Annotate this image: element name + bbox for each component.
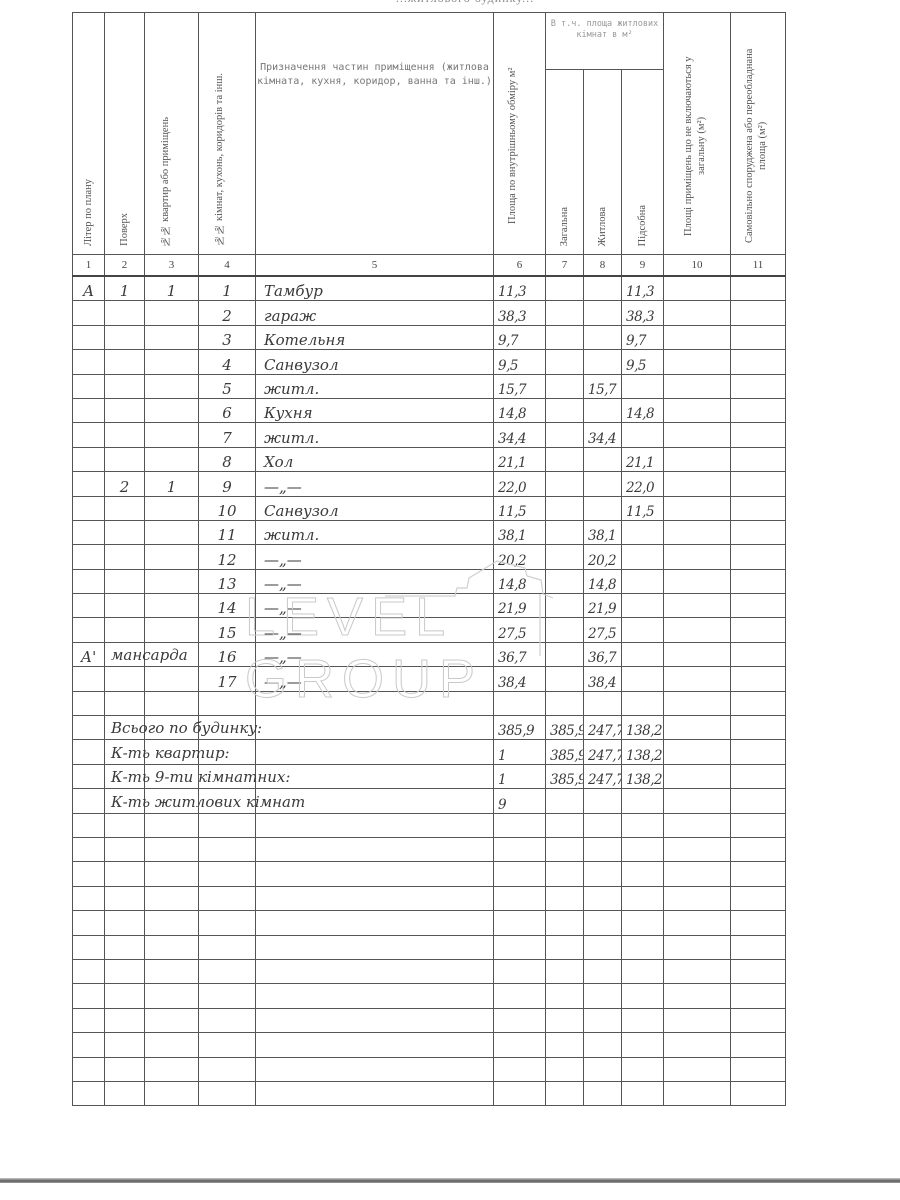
purpose-cell bbox=[256, 716, 494, 740]
purpose-cell: —„— bbox=[256, 618, 494, 642]
area-cell: 20,2 bbox=[494, 545, 546, 569]
empty-cell bbox=[199, 813, 256, 837]
empty-cell bbox=[105, 1081, 145, 1105]
empty-cell bbox=[256, 984, 494, 1008]
purpose-cell: Котельня bbox=[256, 325, 494, 349]
apartment-cell bbox=[145, 374, 199, 398]
header-apartment-text: №№ квартир або приміщень bbox=[159, 117, 185, 246]
empty-cell bbox=[664, 1033, 731, 1057]
empty-cell bbox=[256, 911, 494, 935]
table-row: 3Котельня9,79,7 bbox=[73, 325, 786, 349]
empty-cell bbox=[73, 691, 105, 715]
auxiliary-area-cell: 11,3 bbox=[622, 276, 664, 301]
floor-cell bbox=[105, 447, 145, 471]
empty-cell bbox=[145, 935, 199, 959]
empty-cell bbox=[256, 1057, 494, 1081]
empty-cell bbox=[73, 862, 105, 886]
apartment-cell bbox=[145, 301, 199, 325]
empty-cell bbox=[622, 1008, 664, 1032]
empty-cell bbox=[664, 935, 731, 959]
auxiliary-area-cell bbox=[622, 667, 664, 691]
purpose-cell: гараж bbox=[256, 301, 494, 325]
purpose-cell: Тамбур bbox=[256, 276, 494, 301]
empty-cell bbox=[256, 1081, 494, 1105]
page-bottom-edge bbox=[0, 1178, 900, 1183]
living-area-cell bbox=[584, 350, 622, 374]
empty-cell bbox=[73, 959, 105, 983]
empty-cell bbox=[145, 813, 199, 837]
unauthorized-area-cell bbox=[731, 594, 786, 618]
summary-total-cell: 385,9 bbox=[546, 716, 584, 740]
liter-cell: А bbox=[73, 276, 105, 301]
empty-cell bbox=[546, 862, 584, 886]
empty-cell bbox=[145, 1057, 199, 1081]
excluded-area-cell bbox=[664, 398, 731, 422]
empty-row bbox=[73, 911, 786, 935]
empty-cell bbox=[199, 959, 256, 983]
living-area-cell bbox=[584, 472, 622, 496]
empty-cell bbox=[584, 1081, 622, 1105]
auxiliary-area-cell: 22,0 bbox=[622, 472, 664, 496]
header-group-text: В т.ч. площа житлових кімнат в м² bbox=[551, 19, 658, 40]
total-area-cell bbox=[546, 520, 584, 544]
room-number-cell: 15 bbox=[199, 618, 256, 642]
liter-cell bbox=[73, 374, 105, 398]
empty-cell bbox=[494, 935, 546, 959]
empty-cell bbox=[546, 984, 584, 1008]
empty-cell bbox=[73, 886, 105, 910]
table-row: 12—„—20,220,2 bbox=[73, 545, 786, 569]
auxiliary-area-cell: 21,1 bbox=[622, 447, 664, 471]
empty-cell bbox=[731, 911, 786, 935]
empty-cell bbox=[546, 1057, 584, 1081]
summary-area-cell: 385,9 bbox=[494, 716, 546, 740]
excluded-area-cell bbox=[664, 569, 731, 593]
empty-cell bbox=[105, 813, 145, 837]
area-cell: 27,5 bbox=[494, 618, 546, 642]
empty-cell bbox=[731, 1081, 786, 1105]
room-number-cell: 17 bbox=[199, 667, 256, 691]
apartment-cell bbox=[145, 569, 199, 593]
floor-cell bbox=[105, 545, 145, 569]
excluded-area-cell bbox=[664, 545, 731, 569]
unauthorized-area-cell bbox=[731, 276, 786, 301]
empty-cell bbox=[494, 984, 546, 1008]
empty-cell bbox=[584, 837, 622, 861]
unauthorized-area-cell bbox=[731, 569, 786, 593]
total-area-cell bbox=[546, 350, 584, 374]
area-cell: 11,3 bbox=[494, 276, 546, 301]
area-cell: 9,5 bbox=[494, 350, 546, 374]
header-room-no: №№ кімнат, кухонь, коридорів та інш. bbox=[199, 13, 256, 255]
header-floor-text: Поверх bbox=[118, 213, 131, 246]
table-row: 13—„—14,814,8 bbox=[73, 569, 786, 593]
header-purpose-text: Призначення частин приміщення (житлова к… bbox=[257, 62, 492, 87]
unauthorized-area-cell bbox=[731, 301, 786, 325]
table-row: 10Санвузол11,511,5 bbox=[73, 496, 786, 520]
empty-cell bbox=[731, 1033, 786, 1057]
auxiliary-area-cell bbox=[622, 545, 664, 569]
floor-cell: 1 bbox=[105, 276, 145, 301]
empty-row bbox=[73, 1033, 786, 1057]
table-row: А'мансарда16—„—36,736,7 bbox=[73, 642, 786, 666]
floor-cell: мансарда bbox=[105, 642, 145, 666]
liter-cell bbox=[73, 569, 105, 593]
empty-cell bbox=[622, 837, 664, 861]
total-area-cell bbox=[546, 569, 584, 593]
empty-row bbox=[73, 691, 786, 715]
room-number-cell: 13 bbox=[199, 569, 256, 593]
empty-cell bbox=[199, 862, 256, 886]
living-area-cell: 20,2 bbox=[584, 545, 622, 569]
apartment-cell bbox=[145, 398, 199, 422]
apartment-cell bbox=[145, 423, 199, 447]
empty-cell bbox=[546, 837, 584, 861]
room-number-cell: 10 bbox=[199, 496, 256, 520]
table-body: А111Тамбур11,311,32гараж38,338,33Котельн… bbox=[73, 276, 786, 1106]
header-liter-text: Літер по плану bbox=[82, 179, 95, 246]
auxiliary-area-cell bbox=[622, 594, 664, 618]
area-cell: 38,1 bbox=[494, 520, 546, 544]
empty-cell bbox=[622, 691, 664, 715]
area-cell: 38,4 bbox=[494, 667, 546, 691]
apartment-cell bbox=[145, 496, 199, 520]
liter-cell bbox=[73, 350, 105, 374]
summary-total-cell: 385,9 bbox=[546, 740, 584, 764]
excluded-area-cell bbox=[664, 472, 731, 496]
empty-cell bbox=[145, 911, 199, 935]
summary-row: К-ть 9-ти кімнатних:1385,9247,7138,2 bbox=[73, 764, 786, 788]
empty-cell bbox=[73, 984, 105, 1008]
auxiliary-area-cell bbox=[622, 423, 664, 447]
empty-cell bbox=[145, 984, 199, 1008]
liter-cell bbox=[73, 472, 105, 496]
unauthorized-area-cell bbox=[731, 520, 786, 544]
total-area-cell bbox=[546, 642, 584, 666]
empty-cell bbox=[73, 911, 105, 935]
empty-cell bbox=[145, 886, 199, 910]
living-area-cell bbox=[584, 276, 622, 301]
header-living-text: Житлова bbox=[596, 207, 609, 246]
empty-row bbox=[73, 1008, 786, 1032]
empty-cell bbox=[622, 1033, 664, 1057]
empty-row bbox=[73, 886, 786, 910]
column-number: 3 bbox=[145, 255, 199, 277]
living-area-cell: 38,4 bbox=[584, 667, 622, 691]
header-auxiliary: Підсобна bbox=[622, 70, 664, 255]
summary-area-cell: 1 bbox=[494, 740, 546, 764]
summary-living-cell: 247,7 bbox=[584, 764, 622, 788]
empty-cell bbox=[622, 886, 664, 910]
empty-cell bbox=[494, 1033, 546, 1057]
empty-cell bbox=[145, 959, 199, 983]
floor-cell bbox=[105, 569, 145, 593]
summary-living-cell bbox=[584, 789, 622, 813]
floor-cell bbox=[105, 350, 145, 374]
room-explication-sheet: Літер по плану Поверх №№ квартир або при… bbox=[72, 12, 785, 1106]
empty-row bbox=[73, 813, 786, 837]
floor-cell bbox=[105, 423, 145, 447]
summary-label: Всього по будинку: bbox=[111, 719, 262, 737]
purpose-cell: —„— bbox=[256, 667, 494, 691]
empty-cell bbox=[105, 886, 145, 910]
total-area-cell bbox=[546, 325, 584, 349]
empty-cell bbox=[546, 911, 584, 935]
purpose-cell: Хол bbox=[256, 447, 494, 471]
unauthorized-area-cell bbox=[731, 789, 786, 813]
empty-cell bbox=[546, 959, 584, 983]
apartment-cell bbox=[145, 350, 199, 374]
empty-cell bbox=[731, 691, 786, 715]
empty-cell bbox=[664, 691, 731, 715]
empty-cell bbox=[494, 1081, 546, 1105]
apartment-cell bbox=[145, 447, 199, 471]
summary-auxiliary-cell: 138,2 bbox=[622, 764, 664, 788]
floor-text: мансарда bbox=[111, 646, 188, 664]
empty-cell bbox=[256, 935, 494, 959]
empty-cell bbox=[546, 1033, 584, 1057]
empty-cell bbox=[105, 691, 145, 715]
area-cell: 34,4 bbox=[494, 423, 546, 447]
column-number: 11 bbox=[731, 255, 786, 277]
empty-cell bbox=[664, 984, 731, 1008]
liter-cell bbox=[73, 325, 105, 349]
unauthorized-area-cell bbox=[731, 618, 786, 642]
total-area-cell bbox=[546, 545, 584, 569]
empty-cell bbox=[199, 837, 256, 861]
summary-living-cell: 247,7 bbox=[584, 716, 622, 740]
purpose-cell: Санвузол bbox=[256, 350, 494, 374]
excluded-area-cell bbox=[664, 447, 731, 471]
empty-cell bbox=[199, 984, 256, 1008]
header-unauthorized-text: Самовільно споруджена або переобладнана … bbox=[743, 46, 773, 246]
table-row: 7житл.34,434,4 bbox=[73, 423, 786, 447]
column-number: 1 bbox=[73, 255, 105, 277]
empty-cell bbox=[105, 1033, 145, 1057]
empty-cell bbox=[256, 837, 494, 861]
empty-cell bbox=[73, 1033, 105, 1057]
empty-cell bbox=[546, 1008, 584, 1032]
header-excluded-text: Площі приміщень що не включаються у зага… bbox=[682, 46, 712, 246]
unauthorized-area-cell bbox=[731, 764, 786, 788]
auxiliary-area-cell: 14,8 bbox=[622, 398, 664, 422]
floor-cell bbox=[105, 374, 145, 398]
summary-auxiliary-cell: 138,2 bbox=[622, 716, 664, 740]
empty-cell bbox=[622, 935, 664, 959]
table-row: 11житл.38,138,1 bbox=[73, 520, 786, 544]
unauthorized-area-cell bbox=[731, 545, 786, 569]
room-number-cell: 6 bbox=[199, 398, 256, 422]
empty-cell bbox=[731, 959, 786, 983]
living-area-cell: 21,9 bbox=[584, 594, 622, 618]
summary-label: К-ть 9-ти кімнатних: bbox=[111, 768, 290, 786]
excluded-area-cell bbox=[664, 764, 731, 788]
column-numbers-row: 1234567891011 bbox=[73, 255, 786, 277]
total-area-cell bbox=[546, 496, 584, 520]
empty-cell bbox=[256, 813, 494, 837]
empty-cell bbox=[584, 813, 622, 837]
unauthorized-area-cell bbox=[731, 423, 786, 447]
column-number: 7 bbox=[546, 255, 584, 277]
header-purpose: Призначення частин приміщення (житлова к… bbox=[256, 13, 494, 255]
empty-cell bbox=[731, 1057, 786, 1081]
liter-cell bbox=[73, 545, 105, 569]
empty-cell bbox=[73, 1057, 105, 1081]
living-area-cell: 15,7 bbox=[584, 374, 622, 398]
purpose-cell: Санвузол bbox=[256, 496, 494, 520]
empty-cell bbox=[105, 984, 145, 1008]
header-living: Житлова bbox=[584, 70, 622, 255]
empty-cell bbox=[584, 886, 622, 910]
empty-cell bbox=[622, 984, 664, 1008]
auxiliary-area-cell: 38,3 bbox=[622, 301, 664, 325]
summary-auxiliary-cell bbox=[622, 789, 664, 813]
empty-cell bbox=[622, 1081, 664, 1105]
empty-cell bbox=[256, 959, 494, 983]
room-number-cell: 14 bbox=[199, 594, 256, 618]
auxiliary-area-cell: 9,7 bbox=[622, 325, 664, 349]
room-number-cell: 8 bbox=[199, 447, 256, 471]
empty-cell bbox=[664, 1081, 731, 1105]
summary-area-cell: 9 bbox=[494, 789, 546, 813]
floor-cell bbox=[105, 301, 145, 325]
empty-cell bbox=[664, 1057, 731, 1081]
empty-cell bbox=[664, 886, 731, 910]
unauthorized-area-cell bbox=[731, 447, 786, 471]
purpose-cell: —„— bbox=[256, 594, 494, 618]
empty-cell bbox=[664, 862, 731, 886]
purpose-cell: —„— bbox=[256, 472, 494, 496]
summary-row: Всього по будинку:385,9385,9247,7138,2 bbox=[73, 716, 786, 740]
room-number-cell: 12 bbox=[199, 545, 256, 569]
liter-cell bbox=[73, 789, 105, 813]
table-row: 14—„—21,921,9 bbox=[73, 594, 786, 618]
liter-cell bbox=[73, 447, 105, 471]
total-area-cell bbox=[546, 374, 584, 398]
empty-cell bbox=[105, 1057, 145, 1081]
apartment-cell bbox=[145, 545, 199, 569]
total-area-cell bbox=[546, 447, 584, 471]
unauthorized-area-cell bbox=[731, 398, 786, 422]
empty-cell bbox=[73, 1008, 105, 1032]
empty-cell bbox=[145, 1008, 199, 1032]
liter-cell: А' bbox=[73, 642, 105, 666]
empty-cell bbox=[584, 1008, 622, 1032]
purpose-cell: Кухня bbox=[256, 398, 494, 422]
empty-cell bbox=[622, 1057, 664, 1081]
excluded-area-cell bbox=[664, 740, 731, 764]
excluded-area-cell bbox=[664, 642, 731, 666]
purpose-cell: житл. bbox=[256, 374, 494, 398]
excluded-area-cell bbox=[664, 667, 731, 691]
empty-cell bbox=[731, 984, 786, 1008]
summary-label-cell: К-ть житлових кімнат bbox=[105, 789, 145, 813]
header-liter: Літер по плану bbox=[73, 13, 105, 255]
header-room-no-text: №№ кімнат, кухонь, коридорів та інш. bbox=[213, 73, 241, 246]
empty-cell bbox=[73, 837, 105, 861]
liter-cell bbox=[73, 667, 105, 691]
empty-cell bbox=[584, 1057, 622, 1081]
summary-row: К-ть квартир:1385,9247,7138,2 bbox=[73, 740, 786, 764]
room-number-cell: 5 bbox=[199, 374, 256, 398]
empty-cell bbox=[584, 691, 622, 715]
liter-cell bbox=[73, 618, 105, 642]
excluded-area-cell bbox=[664, 276, 731, 301]
room-number-cell: 3 bbox=[199, 325, 256, 349]
table-row: 2гараж38,338,3 bbox=[73, 301, 786, 325]
area-cell: 15,7 bbox=[494, 374, 546, 398]
floor-cell bbox=[105, 398, 145, 422]
table-row: 4Санвузол9,59,5 bbox=[73, 350, 786, 374]
floor-cell bbox=[105, 325, 145, 349]
summary-total-cell: 385,9 bbox=[546, 764, 584, 788]
empty-row bbox=[73, 935, 786, 959]
purpose-cell bbox=[256, 740, 494, 764]
apartment-cell: 1 bbox=[145, 472, 199, 496]
liter-cell bbox=[73, 740, 105, 764]
total-area-cell bbox=[546, 301, 584, 325]
liter-cell bbox=[73, 716, 105, 740]
living-area-cell: 36,7 bbox=[584, 642, 622, 666]
room-number-cell: 7 bbox=[199, 423, 256, 447]
column-number: 10 bbox=[664, 255, 731, 277]
living-area-cell bbox=[584, 447, 622, 471]
empty-cell bbox=[584, 911, 622, 935]
column-number: 4 bbox=[199, 255, 256, 277]
unauthorized-area-cell bbox=[731, 667, 786, 691]
floor-cell bbox=[105, 520, 145, 544]
empty-cell bbox=[494, 1008, 546, 1032]
empty-cell bbox=[546, 1081, 584, 1105]
total-area-cell bbox=[546, 398, 584, 422]
explication-table: Літер по плану Поверх №№ квартир або при… bbox=[72, 12, 786, 1106]
top-partial-title: ...житлового будинку... bbox=[300, 0, 630, 5]
table-row: 6Кухня14,814,8 bbox=[73, 398, 786, 422]
total-area-cell bbox=[546, 618, 584, 642]
summary-label-cell: К-ть 9-ти кімнатних: bbox=[105, 764, 145, 788]
empty-cell bbox=[731, 813, 786, 837]
auxiliary-area-cell: 9,5 bbox=[622, 350, 664, 374]
excluded-area-cell bbox=[664, 618, 731, 642]
empty-cell bbox=[731, 886, 786, 910]
header-total-text: Загальна bbox=[558, 207, 571, 246]
empty-cell bbox=[494, 862, 546, 886]
empty-cell bbox=[199, 911, 256, 935]
total-area-cell bbox=[546, 276, 584, 301]
empty-row bbox=[73, 1081, 786, 1105]
unauthorized-area-cell bbox=[731, 716, 786, 740]
summary-auxiliary-cell: 138,2 bbox=[622, 740, 664, 764]
room-number-cell: 16 bbox=[199, 642, 256, 666]
empty-cell bbox=[664, 1008, 731, 1032]
total-area-cell bbox=[546, 594, 584, 618]
header-area: Площа по внутрішньому обміру м² bbox=[494, 13, 546, 255]
excluded-area-cell bbox=[664, 423, 731, 447]
empty-cell bbox=[105, 935, 145, 959]
unauthorized-area-cell bbox=[731, 374, 786, 398]
empty-cell bbox=[105, 862, 145, 886]
excluded-area-cell bbox=[664, 350, 731, 374]
empty-cell bbox=[145, 862, 199, 886]
empty-cell bbox=[145, 1081, 199, 1105]
header-total: Загальна bbox=[546, 70, 584, 255]
empty-cell bbox=[73, 935, 105, 959]
excluded-area-cell bbox=[664, 716, 731, 740]
table-row: 8Хол21,121,1 bbox=[73, 447, 786, 471]
area-cell: 36,7 bbox=[494, 642, 546, 666]
room-number-cell: 11 bbox=[199, 520, 256, 544]
total-area-cell bbox=[546, 423, 584, 447]
